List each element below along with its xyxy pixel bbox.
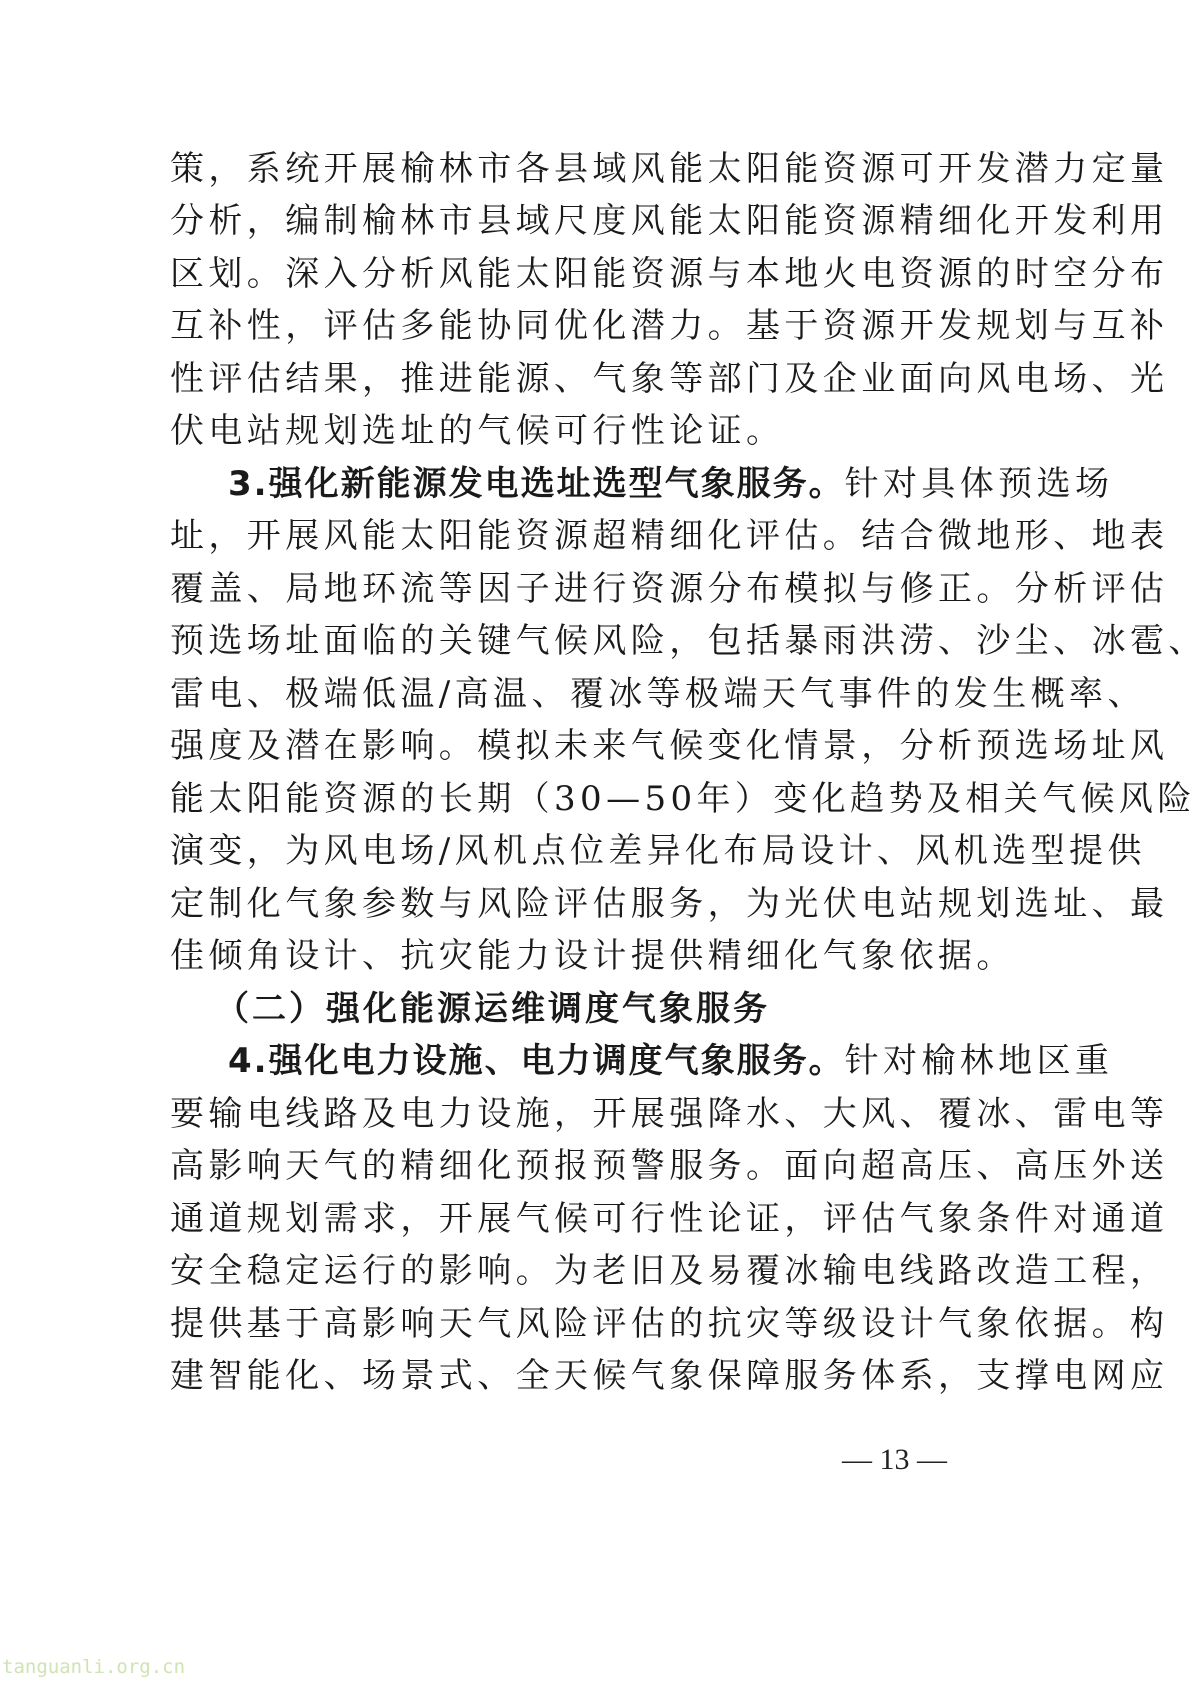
paragraph-line: 伏电站规划选址的气候可行性论证。 xyxy=(170,405,784,457)
item-4-title: 4.强化电力设施、电力调度气象服务。 xyxy=(228,1041,845,1081)
item-4-text: 针对榆林地区重 xyxy=(845,1041,1114,1081)
paragraph-line: 强度及潜在影响。模拟未来气候变化情景，分析预选场址风 xyxy=(170,720,945,772)
item-4-first-line: 4.强化电力设施、电力调度气象服务。针对榆林地区重 xyxy=(228,1035,1113,1087)
document-page: 策，系统开展榆林市各县域风能太阳能资源可开发潜力定量 分析，编制榆林市县域尺度风… xyxy=(0,0,1190,1683)
paragraph-line: 策，系统开展榆林市各县域风能太阳能资源可开发潜力定量 xyxy=(170,143,945,195)
item-3-text: 针对具体预选场 xyxy=(845,464,1114,504)
item-3-title: 3.强化新能源发电选址选型气象服务。 xyxy=(228,464,845,504)
paragraph-line: 提供基于高影响天气风险评估的抗灾等级设计气象依据。构 xyxy=(170,1298,945,1350)
section-heading: （二）强化能源运维调度气象服务 xyxy=(215,983,770,1035)
item-3-first-line: 3.强化新能源发电选址选型气象服务。针对具体预选场 xyxy=(228,458,1113,510)
paragraph-line: 演变，为风电场/风机点位差异化布局设计、风机选型提供 xyxy=(170,825,945,877)
paragraph-line: 佳倾角设计、抗灾能力设计提供精细化气象依据。 xyxy=(170,930,1015,982)
paragraph-line: 安全稳定运行的影响。为老旧及易覆冰输电线路改造工程， xyxy=(170,1245,945,1297)
paragraph-line: 建智能化、场景式、全天候气象保障服务体系，支撑电网应 xyxy=(170,1350,945,1402)
paragraph-line: 分析，编制榆林市县域尺度风能太阳能资源精细化开发利用 xyxy=(170,195,945,247)
paragraph-line: 区划。深入分析风能太阳能资源与本地火电资源的时空分布 xyxy=(170,248,945,300)
paragraph-line: 址，开展风能太阳能资源超精细化评估。结合微地形、地表 xyxy=(170,510,945,562)
paragraph-line: 覆盖、局地环流等因子进行资源分布模拟与修正。分析评估 xyxy=(170,563,945,615)
paragraph-line: 雷电、极端低温/高温、覆冰等极端天气事件的发生概率、 xyxy=(170,668,945,720)
watermark: tanguanli.org.cn xyxy=(2,1656,185,1678)
paragraph-line: 高影响天气的精细化预报预警服务。面向超高压、高压外送 xyxy=(170,1140,945,1192)
paragraph-line: 互补性，评估多能协同优化潜力。基于资源开发规划与互补 xyxy=(170,300,945,352)
paragraph-line: 定制化气象参数与风险评估服务，为光伏电站规划选址、最 xyxy=(170,878,945,930)
paragraph-line: 性评估结果，推进能源、气象等部门及企业面向风电场、光 xyxy=(170,353,945,405)
paragraph-line: 通道规划需求，开展气候可行性论证，评估气象条件对通道 xyxy=(170,1193,945,1245)
paragraph-line: 要输电线路及电力设施，开展强降水、大风、覆冰、雷电等 xyxy=(170,1088,945,1140)
paragraph-line: 能太阳能资源的长期（30—50年）变化趋势及相关气候风险 xyxy=(170,773,945,825)
page-number: — 13 — xyxy=(842,1440,947,1480)
paragraph-line: 预选场址面临的关键气候风险，包括暴雨洪涝、沙尘、冰雹、 xyxy=(170,615,945,667)
